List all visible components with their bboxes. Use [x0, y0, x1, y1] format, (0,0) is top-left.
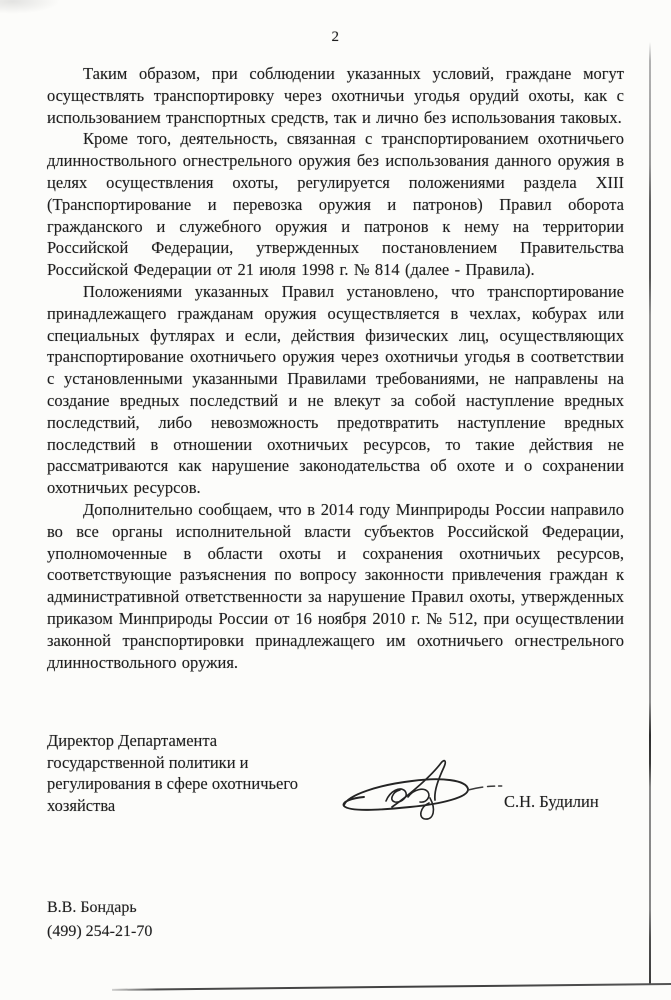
scan-edge-right: [649, 42, 651, 985]
executor-phone: (499) 254-21-70: [47, 920, 152, 944]
scanned-letter-page: 2 Таким образом, при соблюдении указанны…: [0, 0, 671, 1000]
signature-title-line: государственной политики и: [47, 752, 347, 774]
scan-edge-bottom: [112, 983, 671, 990]
paragraph-transport-conditions: Таким образом, при соблюдении указанных …: [47, 63, 624, 128]
executor-name: В.В. Бондарь: [47, 896, 152, 920]
paragraph-2014-clarifications: Дополнительно сообщаем, что в 2014 году …: [47, 499, 624, 673]
signature-title-line: Директор Департамента: [47, 730, 347, 752]
signature-title-line: регулирования в сфере охотничьего: [47, 773, 347, 795]
letter-body: Таким образом, при соблюдении указанных …: [47, 63, 624, 673]
signature-title-line: хозяйства: [47, 795, 347, 817]
page-number: 2: [0, 29, 671, 46]
paragraph-rules-provisions: Положениями указанных Правил установлено…: [47, 281, 624, 499]
paragraph-rules-814: Кроме того, деятельность, связанная с тр…: [47, 128, 624, 281]
signer-name: С.Н. Будилин: [504, 792, 599, 812]
executor-contact-block: В.В. Бондарь (499) 254-21-70: [47, 896, 152, 943]
scan-corner-smudge: [0, 0, 60, 14]
signature-title-block: Директор Департамента государственной по…: [47, 730, 347, 817]
handwritten-signature: [336, 749, 506, 825]
